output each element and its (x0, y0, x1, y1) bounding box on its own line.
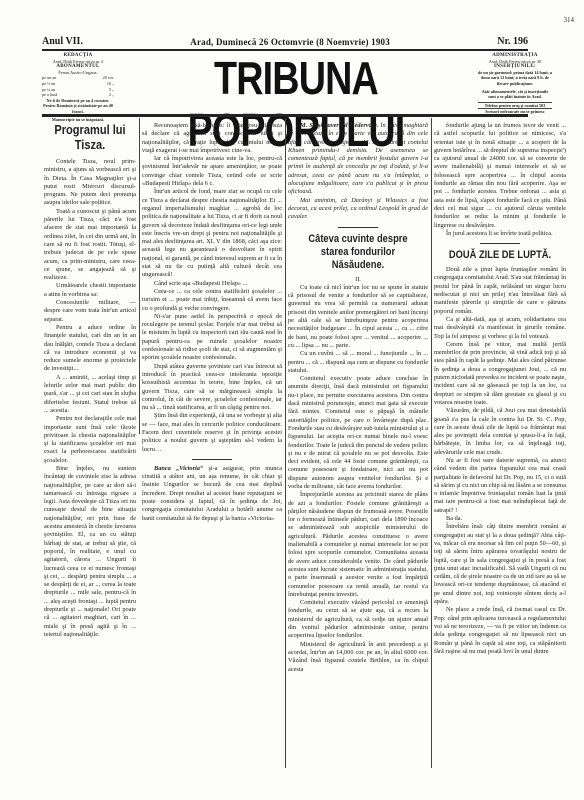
paragraph: Cu toate că nicî într'un loc nu se spune… (288, 284, 428, 350)
paragraph: Când scrie aşa «Budapesti Hirlap» ... (142, 280, 282, 288)
column-divider (139, 118, 140, 434)
paragraph: Cerem însă pe viitor, mai multă jertfă m… (434, 341, 566, 407)
separator (192, 459, 232, 460)
paragraph: Văzurăm, de pildă, că Joui cea mai detes… (434, 407, 566, 457)
headline-doua-zile: DOUĂ ZILE DE LUPTĂ. (444, 249, 556, 262)
column-divider (285, 118, 286, 768)
paragraph: Ministerul de agricultură în anii preced… (288, 641, 428, 674)
article-body: Recunoaştem însă-bucuros: îi vine greu l… (142, 122, 282, 454)
headline-fonduri: Câteva cuvinte despre starea fondurilor … (299, 233, 418, 272)
paragraph: Concesiunile militare, — despre care vom… (44, 299, 136, 324)
paragraph: Pentru a aduce ordine în finanţele statu… (44, 324, 136, 374)
paragraph: Bine înţeles, nu suntem încântaţi de cuv… (44, 465, 136, 639)
rates-list: pe un an20 cor.pe ½ an10 „pe ¼ an5 „pe o… (42, 75, 114, 97)
masthead-info: Anul VII. Arad, Duminecă 26 Octomvrie (8… (42, 36, 528, 47)
paragraph: Cu un cuvînt ... să ... moral ... funcţi… (288, 350, 428, 375)
banca-text: şi-a asigurat, prin munca cinstită a atâ… (142, 465, 282, 522)
article-body: Cu toate că nicî într'un loc nu se spune… (288, 284, 428, 674)
part-number: II. (288, 276, 428, 284)
paragraph: Întrebăm însă: câţi dintre membrii român… (434, 523, 566, 606)
article-continuation: fondurile ajung la un frumos isvor de ve… (434, 122, 566, 238)
hedervary-headline: M. Sa şi guvernul Héderváry. (300, 122, 378, 129)
separator (338, 227, 378, 228)
subscription-box: REDACŢIA Arad, Deák Ferenc-utcza nr. 2 A… (42, 53, 114, 122)
payments-note: Atât abonamentele, cât şi inserţiunile s… (478, 89, 552, 100)
paragraph: Două zile a ţinut lupta fruntaşilor româ… (434, 266, 566, 316)
paragraph: Nu ar fi fost oare datorie supremă, ca a… (434, 457, 566, 515)
issue-number: Nr. 196 (497, 36, 528, 47)
column-3: M. Sa şi guvernul Héderváry. În presa ma… (288, 122, 428, 674)
paragraph: Ca şi altă-dată, aşa şi acum, solidarita… (434, 316, 566, 341)
administration-box: ADMINISTRAŢIA Arad, Deák Ferenc-utcza nr… (478, 53, 552, 115)
paragraph: Comitetul executiv poate aduce concluse … (288, 375, 428, 491)
paragraph: Toată a cunoscut şi până acum părerile l… (44, 208, 136, 283)
decoration-note: Mai amintim, că Darányi şi Wlassics a fo… (288, 197, 428, 221)
issue-date: Arad, Duminecă 26 Octomvrie (8 Noemvrie)… (190, 37, 390, 47)
separator (480, 243, 520, 244)
paragraph: Contele Tisza, noul prim-ministru, a aju… (44, 158, 136, 208)
paragraph: Comitetul executiv văzând pericolul ce a… (288, 599, 428, 640)
paragraph: fondurile ajung la un frumos isvor de ve… (434, 122, 566, 230)
header-bottom-rule (42, 114, 528, 117)
column-2: Recunoaştem însă-bucuros: îi vine greu l… (142, 122, 282, 523)
phone-note: Telefon pentru oraş şi comitat 502 (478, 102, 552, 109)
paragraph: În jurul acestora li se învîrte toată po… (434, 230, 566, 238)
volume-year: Anul VII. (42, 36, 83, 47)
hedervary-article: M. Sa şi guvernul Héderváry. În presa ma… (288, 122, 428, 197)
newspaper-page: 314 Anul VII. Arad, Duminecă 26 Octomvri… (0, 0, 584, 800)
column-1: Programul lui Tisza. Contele Tisza, noul… (44, 120, 136, 639)
paragraph: Într'un articol de fond, mare ziar se oc… (142, 188, 282, 279)
column-4: fondurile ajung la un frumos isvor de ve… (434, 122, 566, 656)
foreign-rate: Pentru România şi străinătate pe an 40 f… (42, 103, 114, 114)
paragraph: Ceea-ce ... ca cele contra statificării … (142, 288, 282, 313)
banca-headline: Banca „Victoria“ (154, 465, 203, 472)
paragraph: Împrejurările acestea au pricinuit stare… (288, 491, 428, 599)
paragraph: A ... amintit, ... acelaşi timp şi lefur… (44, 374, 136, 415)
paragraph: Ştim însă din experienţă, că una se vorb… (142, 412, 282, 453)
paragraph: Următoarele chestii importante a atins î… (44, 282, 136, 299)
page-number: 314 (564, 16, 575, 24)
masthead-rule (42, 49, 528, 51)
paragraph: Ne place a crede însă, că tocmai casul c… (434, 606, 566, 656)
paragraph: Ni-s'ar pune astfel în perspectivă o epo… (142, 313, 282, 363)
paragraph: Iar că împotrivirea aceasta este la loc,… (142, 155, 282, 188)
headline-tisza: Programul lui Tisza. (51, 122, 129, 152)
column-divider (431, 118, 432, 768)
hedervary-text: În presa maghiară se comentează în chip … (288, 122, 428, 195)
banca-article: Banca „Victoria“ şi-a asigurat, prin mun… (142, 465, 282, 523)
paragraph: După atâtea guverne şoviniste cari s'au … (142, 363, 282, 413)
paragraph: Pentru noi declaraţiile cele mai importa… (44, 415, 136, 465)
article-body: Contele Tisza, noul prim-ministru, a aju… (44, 158, 136, 639)
article-body: Două zile a ţinut lupta fruntaşilor româ… (434, 266, 566, 656)
insertions-text: de un şir garmond: prima dată 14 bani; a… (478, 70, 552, 87)
paragraph: Recunoaştem însă-bucuros: îi vine greu l… (142, 122, 282, 155)
